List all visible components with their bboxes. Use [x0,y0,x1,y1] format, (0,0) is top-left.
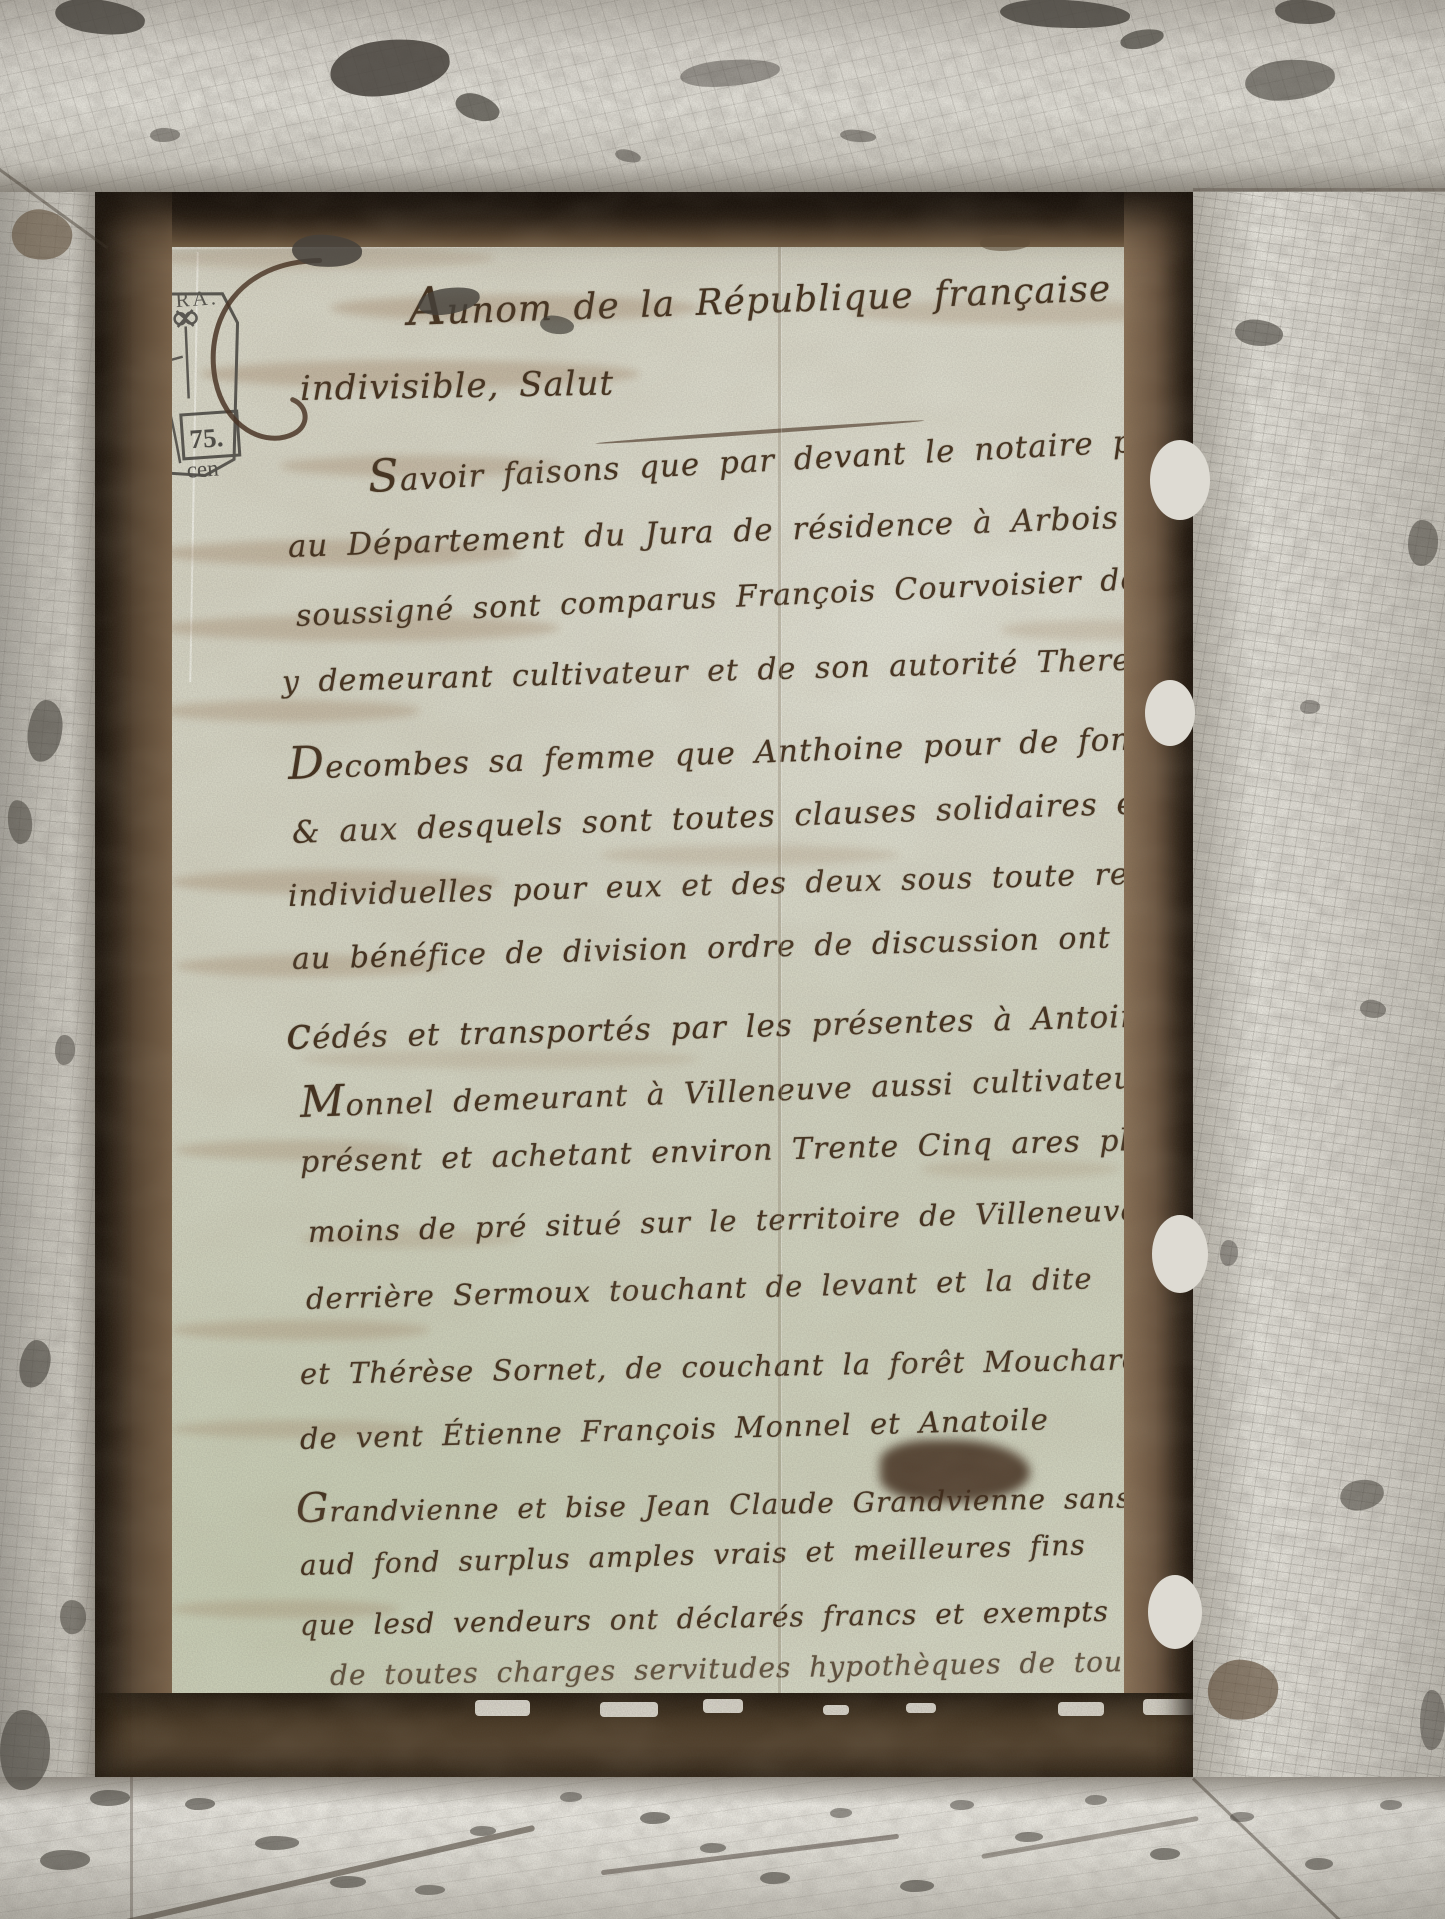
rabbet-top [95,192,1193,247]
manuscript-line: Monnel demeurant à Villeneuve aussi cult… [299,1050,1193,1125]
fold-crease [778,244,781,1694]
manuscript-line: indivisible, Salut [300,367,615,406]
manuscript-text: Aunom de la République française une eti… [95,192,1193,1777]
frame-left [0,192,95,1777]
manuscript-document: REP. FRA. 75. cen [95,192,1193,1777]
frame-joint-top-right [1193,188,1445,191]
manuscript-line: y demeurant cultivateur et de son autori… [282,645,1167,698]
manuscript-line: derrière Sermoux touchant de levant et l… [306,1264,1093,1314]
manuscript-line: au bénéfice de division ordre de discuss… [292,921,1193,975]
ink-smudge [880,1440,1030,1502]
manuscript-line: & aux desquels sont toutes clauses solid… [291,788,1149,849]
manuscript-line: Savoir faisons que par devant le notaire… [367,413,1176,500]
manuscript-line: Aunom de la République française une et [407,252,1193,334]
manuscript-line: aud fond surplus amples vrais et meilleu… [300,1531,1086,1580]
frame-top [0,0,1445,192]
manuscript-line: moins de pré situé sur le territoire de … [308,1194,1193,1247]
manuscript-line: individuelles pour eux et des deux sous … [288,858,1193,912]
rabbet-bottom [95,1693,1193,1777]
framed-manuscript-photo: REP. FRA. 75. cen [0,0,1445,1919]
manuscript-line: que lesd vendeurs ont déclarés francs et… [300,1598,1109,1640]
manuscript-line: au Département du Jura de résidence à Ar… [287,503,1119,563]
frame-bottom [0,1777,1445,1919]
frame-right [1193,192,1445,1777]
manuscript-line: cédés et transportés par les présentes à… [285,989,1160,1057]
manuscript-line: et Thérèse Sornet, de couchant la forêt … [300,1345,1142,1389]
manuscript-line: Decombes sa femme que Anthoine pour de f… [287,710,1193,787]
manuscript-line: présent et achetant environ Trente Cinq … [300,1124,1193,1178]
manuscript-line: soussigné sont comparus François Courvoi… [295,559,1193,632]
rabbet-right [1124,192,1193,1777]
rabbet-left [95,192,172,1777]
frame-joint-bottom-left [130,1777,133,1919]
manuscript-line: de toutes charges servitudes hypothèques… [330,1648,1153,1690]
